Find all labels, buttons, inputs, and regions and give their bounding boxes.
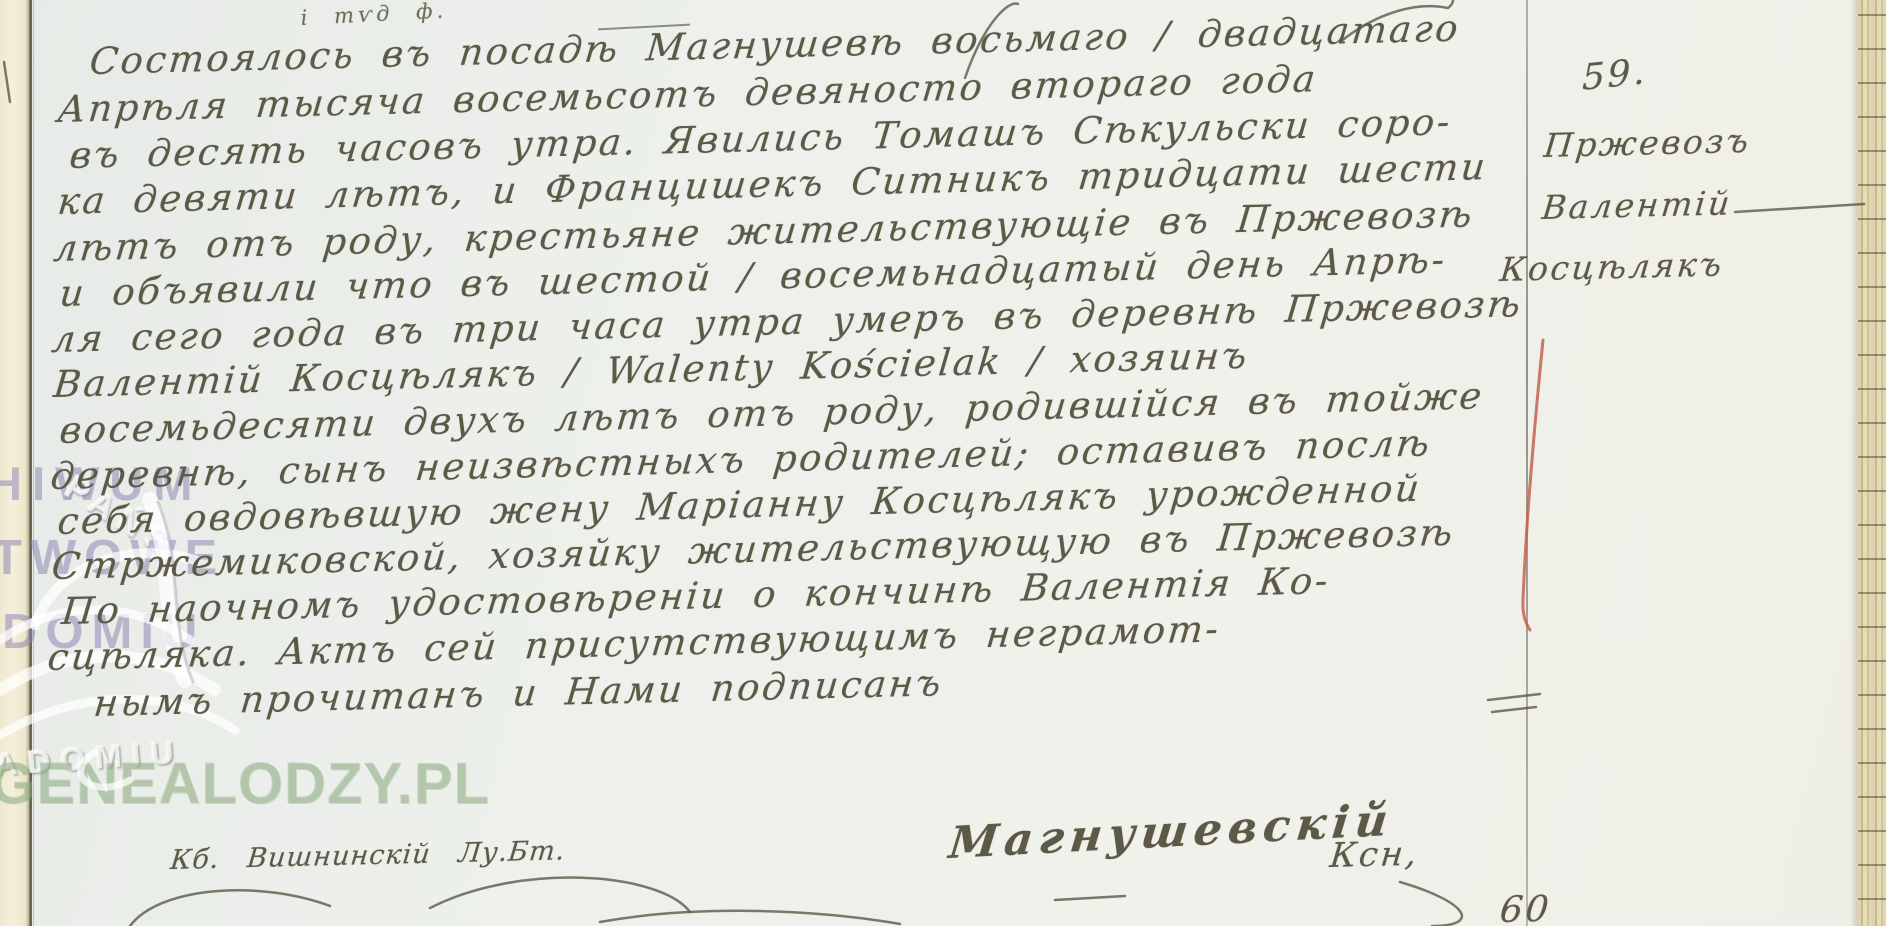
- ink-flourishes-layer: [0, 0, 1886, 926]
- cut-stroke-top-1: [965, 4, 1018, 78]
- hyphen-double-dash: [1488, 694, 1540, 712]
- signature-flourish-center: [430, 878, 690, 912]
- signature-underline: [1055, 896, 1125, 900]
- margin-flourish-dash: [1735, 204, 1864, 212]
- cut-stroke-top-2: [1340, 0, 1453, 42]
- document-scan: HIWUM PAŃS TWOWE DOMIU ADOMIU GENEALODZY…: [0, 0, 1886, 926]
- cut-stroke-bottom-1: [130, 890, 330, 926]
- red-archival-mark: [1523, 340, 1543, 630]
- cut-stroke-left: [4, 62, 10, 102]
- cut-stroke-bottom-2: [600, 911, 900, 924]
- signature-flourish-right: [1400, 882, 1462, 926]
